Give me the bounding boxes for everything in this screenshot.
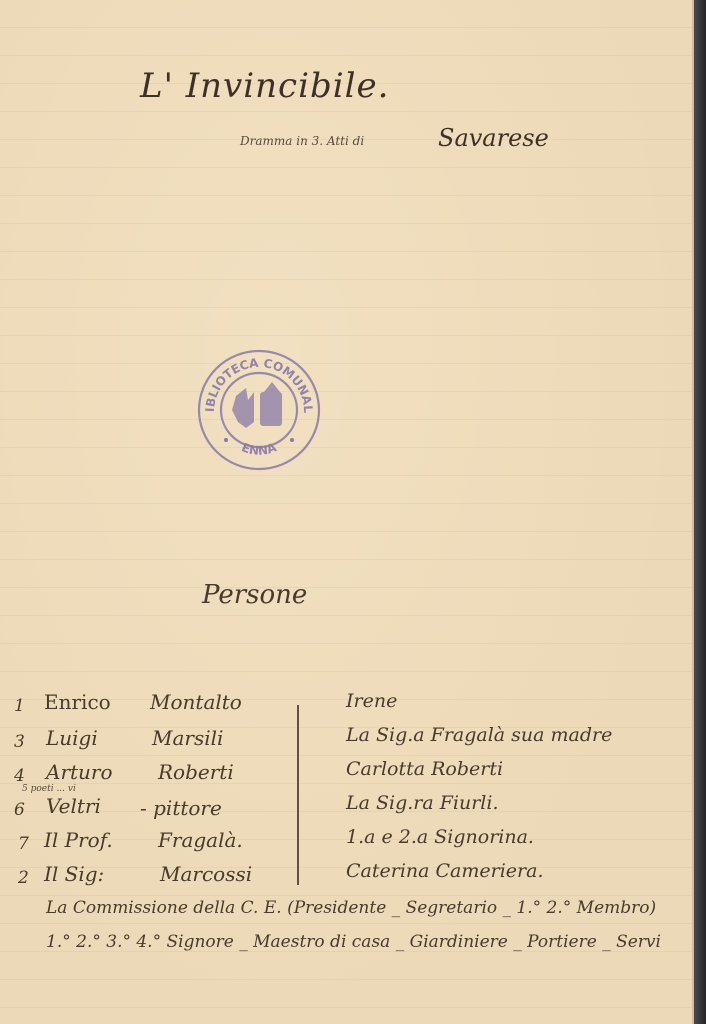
manuscript-page: L' Invincibile. Dramma in 3. Atti di Sav… — [0, 0, 694, 1024]
cast-first-name: Veltri — [46, 794, 101, 818]
column-divider — [297, 705, 299, 885]
cast-right-item: La Sig.a Fragalà sua madre — [346, 724, 612, 746]
commission-line: La Commissione della C. E. (Presidente _… — [46, 898, 656, 918]
cast-first-name: Enrico — [44, 690, 111, 714]
cast-first-name: Arturo — [46, 760, 113, 784]
cast-number: 6 — [14, 800, 25, 820]
cast-right-item: 1.a e 2.a Signorina. — [346, 826, 534, 848]
play-subtitle: Dramma in 3. Atti di — [240, 134, 364, 148]
cast-last-name: Roberti — [158, 760, 234, 784]
author-signature: Savarese — [438, 124, 549, 152]
cast-number: 4 — [14, 766, 25, 786]
library-stamp-icon: BIBLIOTECA COMUNALE ENNA — [196, 348, 322, 472]
cast-number: 2 — [18, 868, 29, 888]
extras-line: 1.° 2.° 3.° 4.° Signore _ Maestro di cas… — [46, 932, 661, 952]
cast-right-item: Irene — [346, 690, 397, 712]
cast-number: 7 — [18, 834, 29, 854]
cast-last-name: - pittore — [140, 796, 222, 820]
cast-right-item: Carlotta Roberti — [346, 758, 503, 780]
cast-number: 3 — [14, 732, 25, 752]
section-heading-persone: Persone — [202, 580, 307, 610]
cast-number: 1 — [14, 696, 25, 716]
cast-last-name: Marsili — [152, 726, 223, 750]
cast-right-item: La Sig.ra Fiurli. — [346, 792, 499, 814]
cast-first-name: Luigi — [46, 726, 98, 750]
cast-last-name: Fragalà. — [158, 828, 243, 852]
cast-right-item: Caterina Cameriera. — [346, 860, 544, 882]
cast-first-name: Il Sig: — [44, 862, 104, 886]
svg-text:ENNA: ENNA — [240, 440, 279, 458]
play-title: L' Invincibile. — [140, 66, 389, 106]
cast-last-name: Marcossi — [160, 862, 252, 886]
cast-last-name: Montalto — [150, 690, 242, 714]
cast-margin-note: 5 poeti ... vi — [22, 784, 76, 794]
cast-first-name: Il Prof. — [44, 828, 113, 852]
book-binding-edge — [694, 0, 706, 1024]
